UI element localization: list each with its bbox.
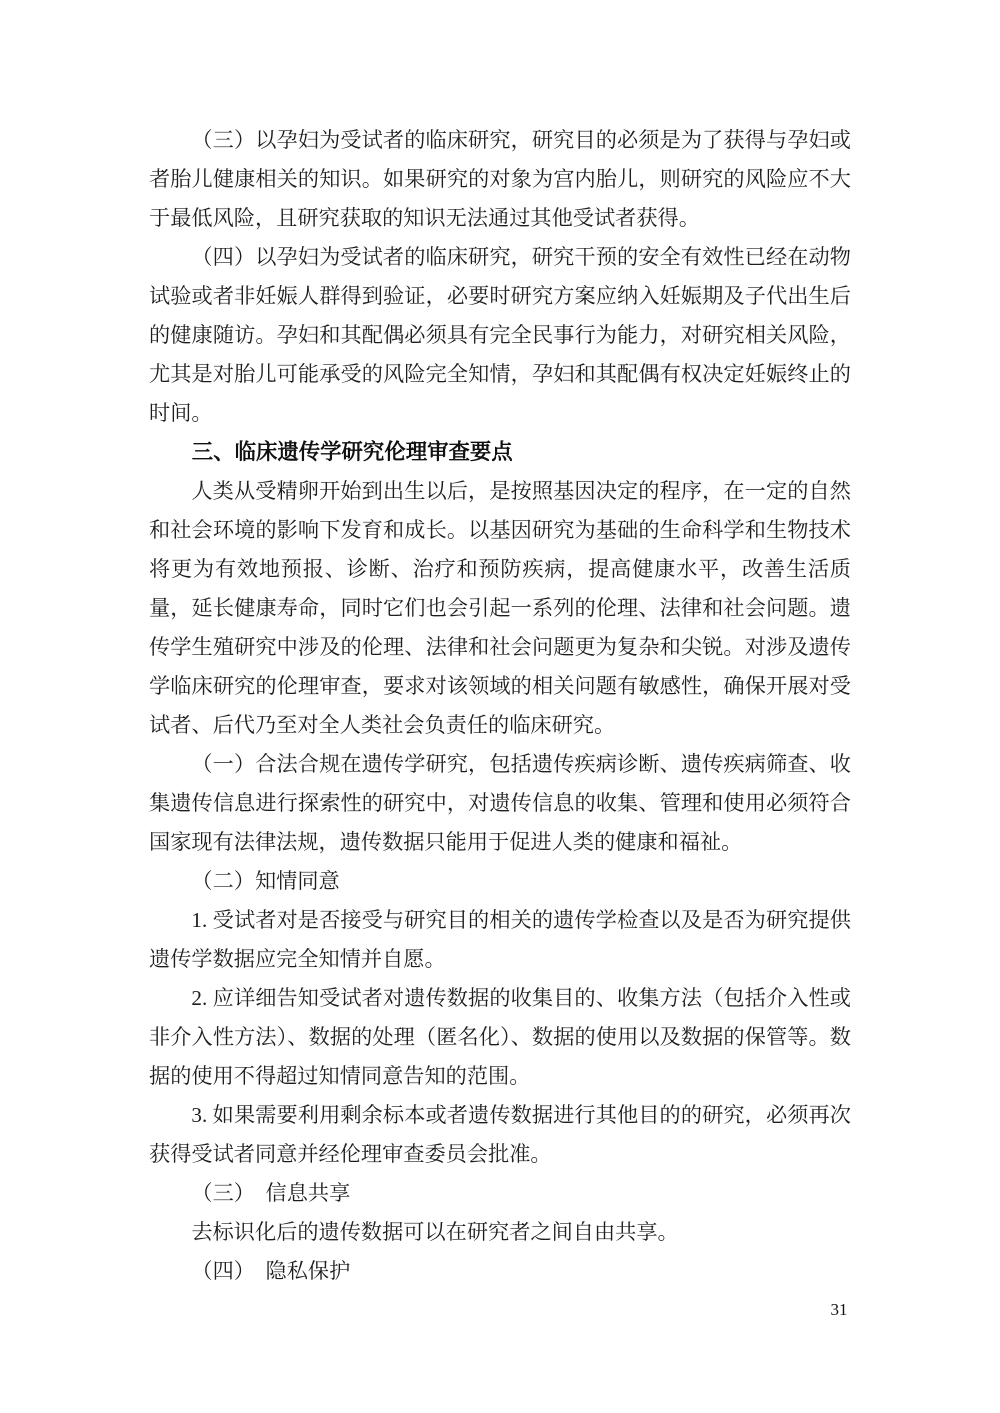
paragraph: （四）以孕妇为受试者的临床研究，研究干预的安全有效性已经在动物试验或者非妊娠人群…: [149, 238, 851, 433]
page-number: 31: [819, 1300, 859, 1320]
paragraph: （二）知情同意: [149, 862, 851, 901]
document-text-block: （三）以孕妇为受试者的临床研究，研究目的必须是为了获得与孕妇或者胎儿健康相关的知…: [149, 121, 851, 1291]
section-heading: 三、临床遗传学研究伦理审查要点: [149, 433, 851, 472]
paragraph: （三） 信息共享: [149, 1174, 851, 1213]
paragraph: （一）合法合规在遗传学研究，包括遗传疾病诊断、遗传疾病筛查、收集遗传信息进行探索…: [149, 745, 851, 862]
paragraph: 1. 受试者对是否接受与研究目的相关的遗传学检查以及是否为研究提供遗传学数据应完…: [149, 901, 851, 979]
paragraph: （四） 隐私保护: [149, 1252, 851, 1291]
paragraph: 3. 如果需要利用剩余标本或者遗传数据进行其他目的的研究，必须再次获得受试者同意…: [149, 1096, 851, 1174]
paragraph: 2. 应详细告知受试者对遗传数据的收集目的、收集方法（包括介入性或非介入性方法）…: [149, 979, 851, 1096]
document-page: （三）以孕妇为受试者的临床研究，研究目的必须是为了获得与孕妇或者胎儿健康相关的知…: [0, 0, 1000, 1413]
paragraph: （三）以孕妇为受试者的临床研究，研究目的必须是为了获得与孕妇或者胎儿健康相关的知…: [149, 121, 851, 238]
paragraph: 人类从受精卵开始到出生以后，是按照基因决定的程序，在一定的自然和社会环境的影响下…: [149, 472, 851, 745]
paragraph: 去标识化后的遗传数据可以在研究者之间自由共享。: [149, 1213, 851, 1252]
